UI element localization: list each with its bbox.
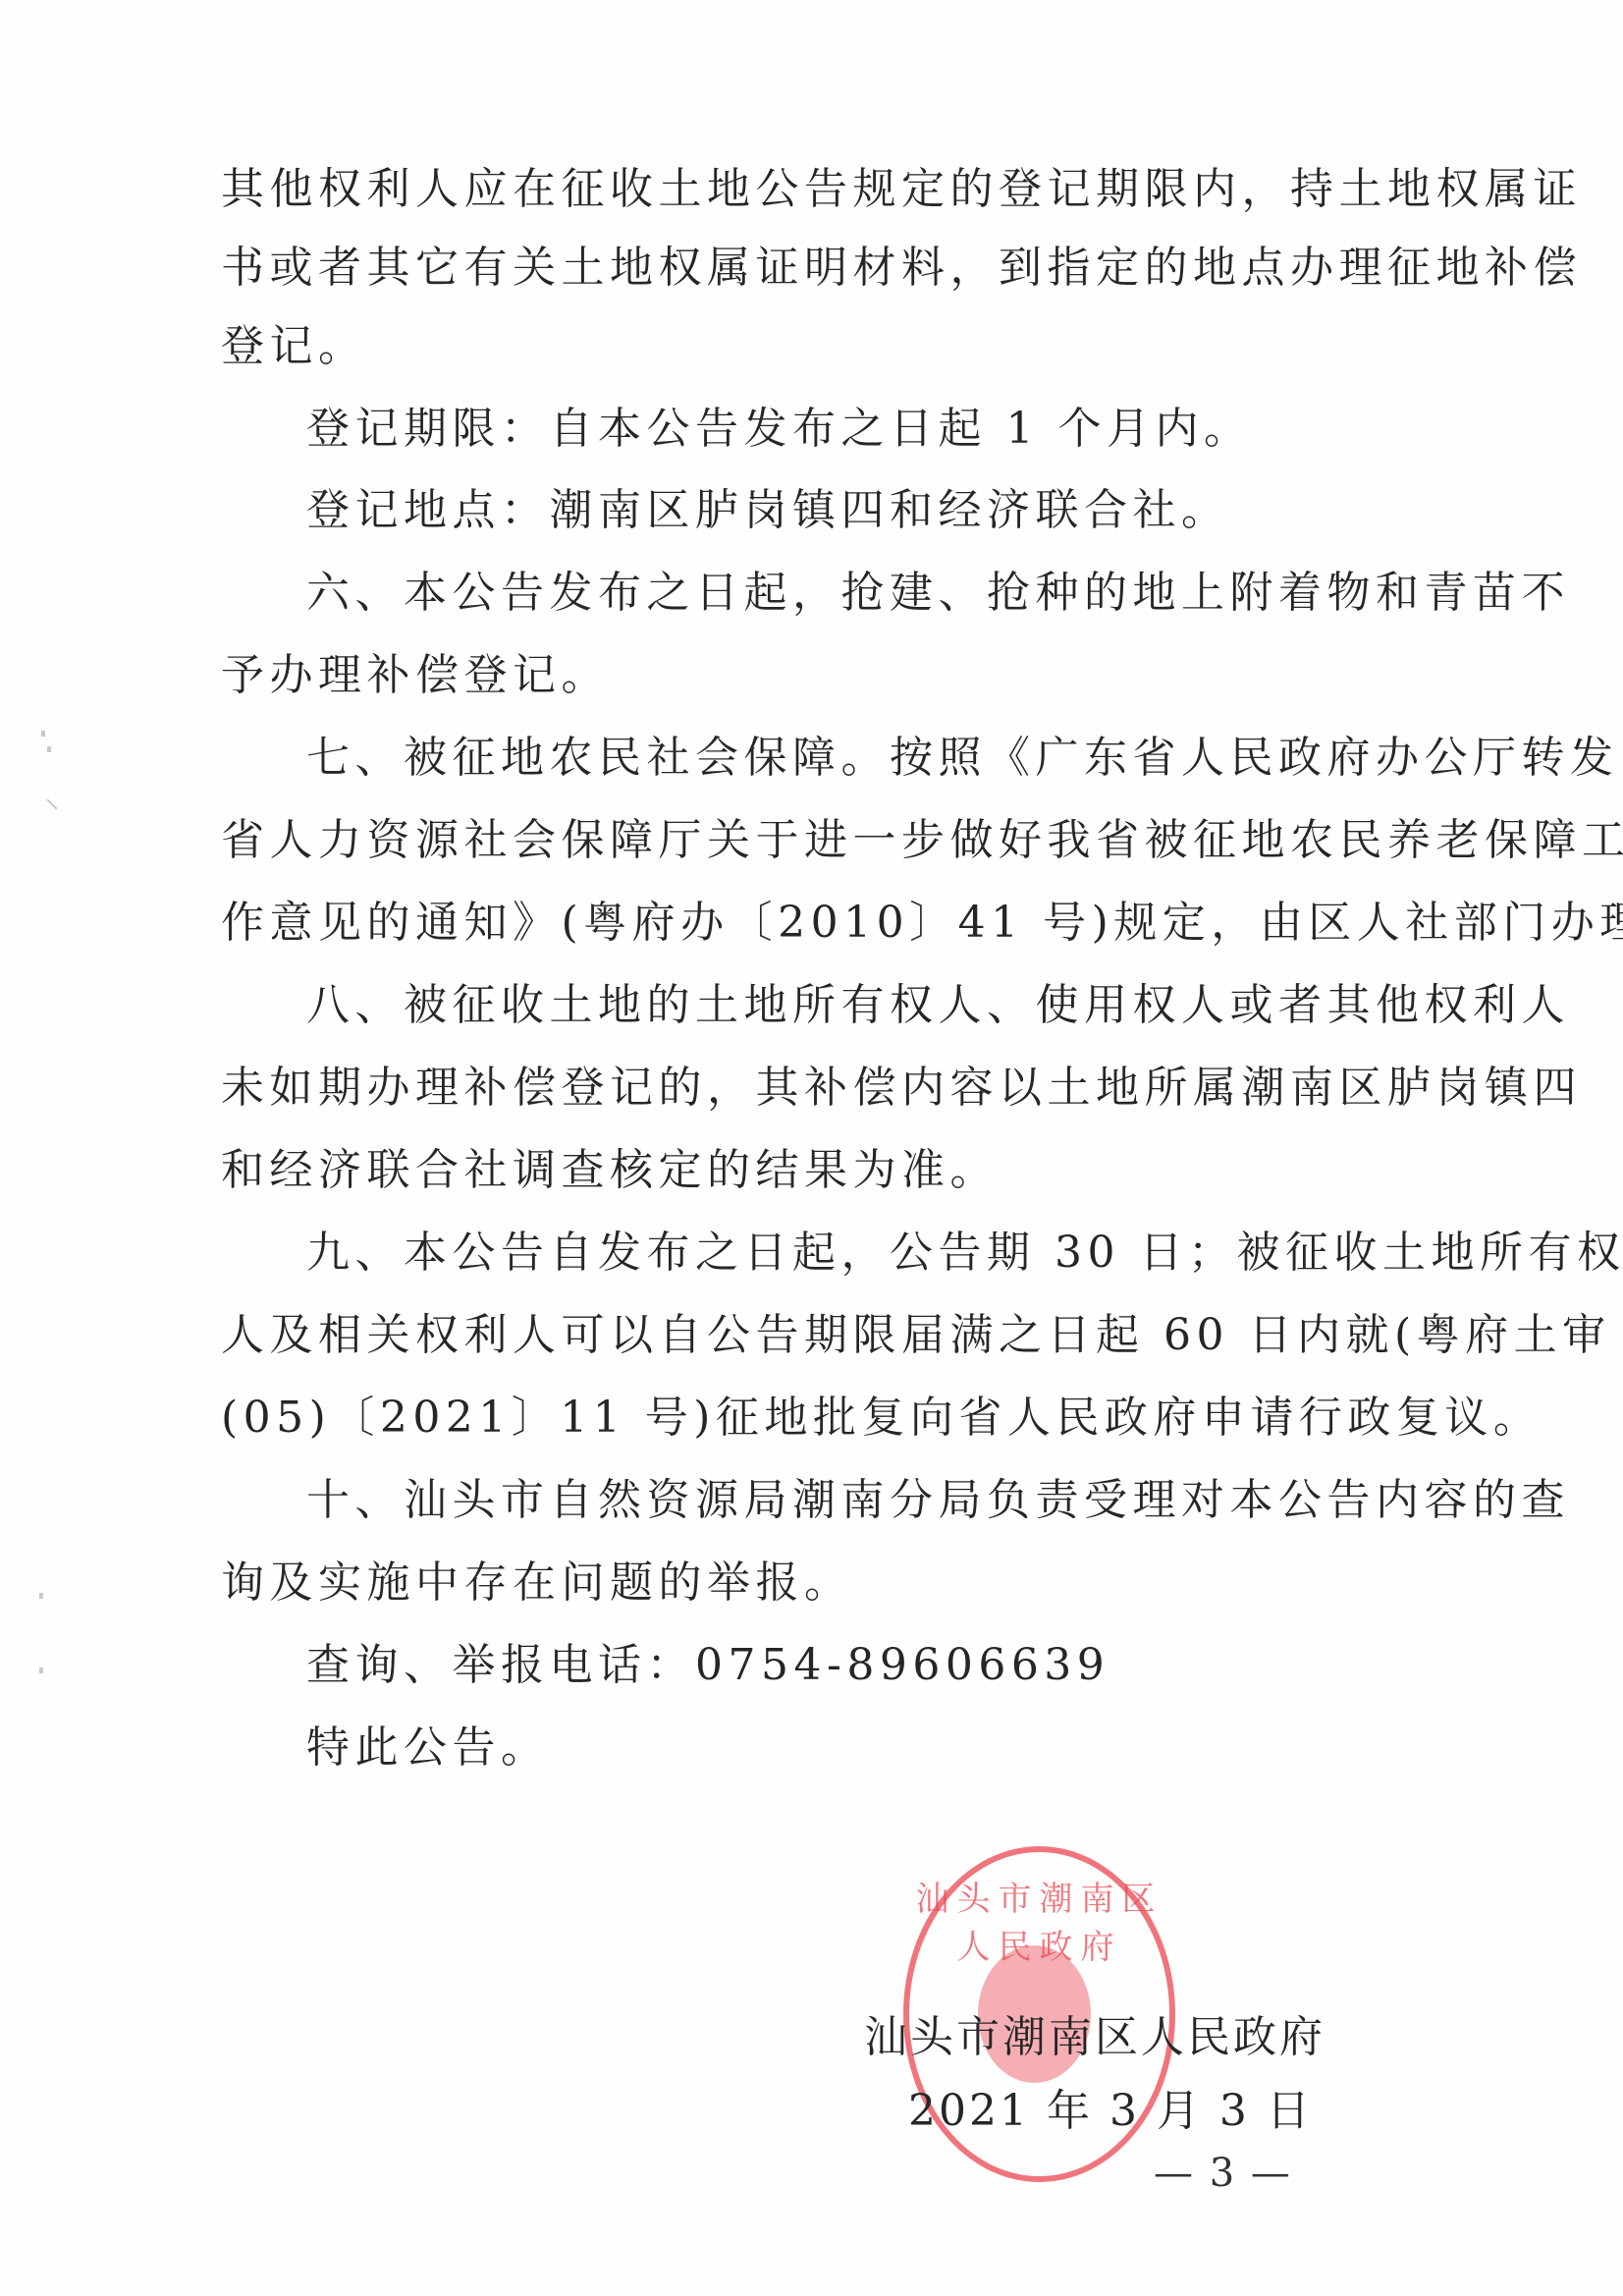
scan-artifact [46,798,57,809]
body-line: 登记。 [221,317,1458,376]
scan-artifact [47,746,51,752]
body-line: 省人力资源社会保障厅关于进一步做好我省被征地农民养老保障工 [221,811,1458,870]
scan-artifact [41,731,45,737]
closing-statement: 特此公告。 [306,1719,1543,1777]
body-line: 和经济联合社调查核定的结果为准。 [221,1141,1458,1200]
body-line: 询及实施中存在问题的举报。 [221,1554,1458,1613]
registration-period: 登记期限：自本公告发布之日起 1 个月内。 [306,400,1543,459]
body-line: 其他权利人应在征收土地公告规定的登记期限内，持土地权属证 [221,160,1458,219]
clause-10: 十、汕头市自然资源局潮南分局负责受理对本公告内容的查 [306,1471,1458,1530]
clause-9: 九、本公告自发布之日起，公告期 30 日；被征收土地所有权 [306,1224,1458,1283]
issuer-name: 汕头市潮南区人民政府 [864,2008,1325,2067]
body-line: (05)〔2021〕11 号)征地批复向省人民政府申请行政复议。 [221,1389,1458,1448]
body-line: 作意见的通知》(粤府办〔2010〕41 号)规定，由区人社部门办理。 [221,894,1458,953]
scan-artifact [39,1667,43,1673]
clause-8: 八、被征收土地的土地所有权人、使用权人或者其他权利人 [306,976,1458,1035]
body-line: 书或者其它有关土地权属证明材料，到指定的地点办理征地补偿 [221,239,1458,298]
body-line: 未如期办理补偿登记的，其补偿内容以土地所属潮南区胪岗镇四 [221,1059,1458,1118]
scan-artifact [39,1593,43,1599]
body-line: 人及相关权利人可以自公告期限届满之日起 60 日内就(粤府土审 [221,1306,1458,1365]
page-number: — 3 — [1154,2149,1292,2198]
issue-date: 2021 年 3 月 3 日 [908,2082,1313,2141]
clause-7: 七、被征地农民社会保障。按照《广东省人民政府办公厅转发 [306,729,1458,788]
body-line: 予办理补偿登记。 [221,646,1458,705]
clause-6: 六、本公告发布之日起，抢建、抢种的地上附着物和青苗不 [306,564,1458,623]
registration-location: 登记地点：潮南区胪岗镇四和经济联合社。 [306,481,1543,540]
document-page: 其他权利人应在征收土地公告规定的登记期限内，持土地权属证 书或者其它有关土地权属… [0,0,1623,2296]
contact-phone: 查询、举报电话：0754-89606639 [306,1636,1543,1695]
